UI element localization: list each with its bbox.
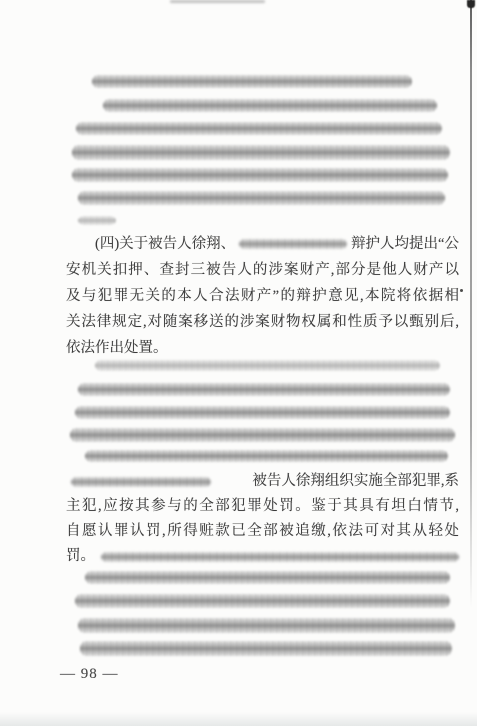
text-segment: (四)关于被告人徐翔、: [95, 231, 235, 257]
redacted-line: [70, 428, 455, 442]
redacted-inline-segment: [71, 477, 211, 487]
redacted-inline-segment: [239, 239, 347, 249]
ink-dot: [460, 289, 463, 292]
text-line: 被告人徐翔组织实施全部犯罪,系: [66, 469, 459, 494]
page-fold-edge-cap: [467, 0, 475, 8]
paragraph-sentencing-xuxiang: 被告人徐翔组织实施全部犯罪,系 主犯,应按其参与的全部犯罪处罚。鉴于其具有坦白情…: [66, 469, 459, 569]
redacted-line: [78, 618, 455, 633]
redacted-inline-segment: [101, 552, 459, 562]
text-segment: 罚。: [66, 544, 95, 569]
redacted-line: [75, 406, 450, 419]
scanned-document-page: (四)关于被告人徐翔、 辩护人均提出“公 安机关扣押、查封三被告人的涉案财产,部…: [0, 0, 477, 726]
text-line: 及与犯罪无关的本人合法财产”的辩护意见,本院将依据相: [66, 283, 459, 309]
text-line: 依法作出处置。: [66, 335, 459, 361]
text-segment: 辩护人均提出“公: [351, 231, 459, 257]
page-number: — 98 —: [60, 666, 119, 683]
redacted-line: [72, 145, 450, 160]
text-line: 关法律规定,对随案移送的涉案财物权属和性质予以甄别后,: [66, 309, 459, 335]
redacted-line: [72, 168, 448, 182]
redacted-line: [78, 383, 450, 396]
redacted-line: [75, 594, 450, 608]
text-line: 自愿认罪认罚,所得赃款已全部被追缴,依法可对其从轻处: [66, 519, 459, 544]
text-line: (四)关于被告人徐翔、 辩护人均提出“公: [66, 231, 459, 257]
redacted-line: [92, 75, 412, 88]
redacted-line: [76, 122, 442, 135]
text-segment: 被告人徐翔组织实施全部犯罪,系: [252, 469, 459, 494]
redacted-line: [95, 360, 440, 371]
scan-top-smudge: [170, 0, 265, 3]
redacted-line: [85, 571, 450, 584]
redacted-line: [80, 641, 452, 656]
redacted-fragment: [78, 216, 116, 225]
text-line: 罚。: [66, 544, 459, 569]
paragraph-defense-opinion: (四)关于被告人徐翔、 辩护人均提出“公 安机关扣押、查封三被告人的涉案财产,部…: [66, 231, 459, 361]
redacted-line: [103, 99, 437, 112]
scan-bottom-shadow: [0, 712, 477, 726]
text-line: 主犯,应按其参与的全部犯罪处罚。鉴于其具有坦白情节,: [66, 494, 459, 519]
redacted-line: [85, 450, 448, 462]
text-line: 安机关扣押、查封三被告人的涉案财产,部分是他人财产以: [66, 257, 459, 283]
page-fold-edge-line: [470, 0, 472, 608]
redacted-line: [78, 191, 445, 205]
